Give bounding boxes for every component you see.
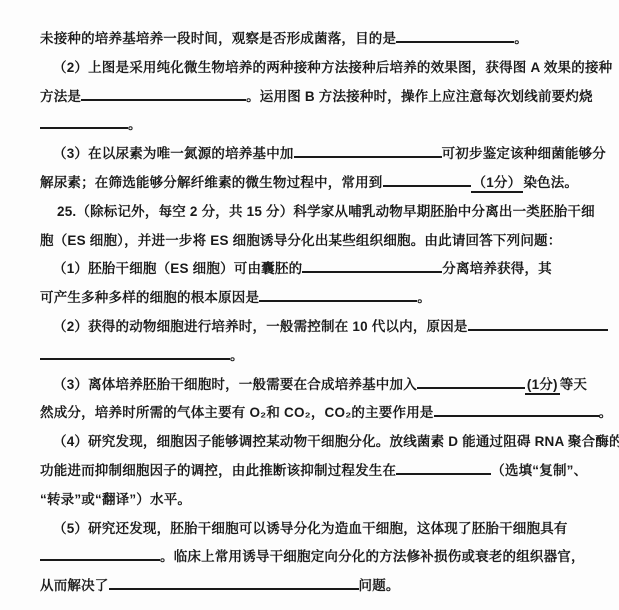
text-run: 。 [417,290,431,305]
answer-blank [396,460,491,475]
text-line-5: （3）在以尿素为唯一氮源的培养基中加可初步鉴定该种细菌能够分 [40,140,589,169]
text-run: （2）上图是采用纯化微生物培养的两种接种方法接种后培养的效果图，获得图 A 效果… [53,60,612,75]
text-line-19: 。临床上常用诱导干细胞定向分化的方法修补损伤或衰老的组织器官， [40,543,589,572]
answer-blank [40,546,160,561]
text-line-14: 然成分，培养时所需的气体主要有 O₂和 CO₂，CO₂的主要作用是。 [40,399,589,428]
text-line-10: 可产生多种多样的细胞的根本原因是。 [40,284,589,313]
text-line-16: 功能进而抑制细胞因子的调控，由此推断该抑制过程发生在（选填“复制”、 [40,457,589,486]
answer-blank [417,374,525,389]
score-note-on-blank: (1分) [525,376,560,395]
text-run: （2）获得的动物细胞进行培养时，一般需控制在 10 代以内，原因是 [53,319,468,334]
exam-page-content: 未接种的培养基培养一段时间，观察是否形成菌落，目的是。（2）上图是采用纯化微生物… [40,25,589,601]
answer-blank [81,86,246,101]
text-run: 。 [514,31,528,46]
text-run: 。 [599,405,613,420]
text-line-12: 。 [40,342,589,371]
text-line-1: 未接种的培养基培养一段时间，观察是否形成菌落，目的是。 [40,25,589,54]
text-run: 分离培养获得，其 [442,261,552,276]
score-note-on-blank: （1分） [471,174,524,193]
text-run: 问题。 [359,578,400,593]
text-line-11: （2）获得的动物细胞进行培养时，一般需控制在 10 代以内，原因是 [40,313,589,342]
answer-blank [294,143,442,158]
text-run: 等天 [560,377,587,392]
text-run: 未接种的培养基培养一段时间，观察是否形成菌落，目的是 [40,31,396,46]
text-line-3: 方法是。运用图 B 方法接种时，操作上应注意每次划线前要灼烧 [40,83,589,112]
exam-page: 未接种的培养基培养一段时间，观察是否形成菌落，目的是。（2）上图是采用纯化微生物… [0,0,619,610]
text-run: （选填“复制”、 [491,463,587,478]
text-line-17: “转录”或“翻译”）水平。 [40,486,589,515]
text-run: 。 [128,117,142,132]
text-run: 胞（ES 细胞），并进一步将 ES 细胞诱导分化出某些组织细胞。由此请回答下列问… [40,233,561,248]
text-run: （3）在以尿素为唯一氮源的培养基中加 [53,146,294,161]
answer-blank [396,28,514,43]
text-run: 染色法。 [523,175,578,190]
text-line-18: （5）研究还发现，胚胎干细胞可以诱导分化为造血干细胞，这体现了胚胎干细胞具有 [40,515,589,544]
answer-blank [383,172,471,187]
text-line-13: （3）离体培养胚胎干细胞时，一般需要在合成培养基中加入(1分)等天 [40,371,589,400]
text-run: 25.（除标记外，每空 2 分，共 15 分）科学家从哺乳动物早期胚胎中分离出一… [57,204,595,219]
text-run: 从而解决了 [40,578,109,593]
text-run: （3）离体培养胚胎干细胞时，一般需要在合成培养基中加入 [53,377,417,392]
text-line-4: 。 [40,111,589,140]
answer-blank [40,345,230,360]
answer-blank [434,402,599,417]
text-line-9: （1）胚胎干细胞（ES 细胞）可由囊胚的分离培养获得，其 [40,255,589,284]
text-line-8: 胞（ES 细胞），并进一步将 ES 细胞诱导分化出某些组织细胞。由此请回答下列问… [40,227,589,256]
text-run: “转录”或“翻译”）水平。 [40,492,191,507]
text-run: 可产生多种多样的细胞的根本原因是 [40,290,259,305]
text-run: 方法是 [40,89,81,104]
answer-blank [302,258,442,273]
text-line-7: 25.（除标记外，每空 2 分，共 15 分）科学家从哺乳动物早期胚胎中分离出一… [40,198,589,227]
text-run: 解尿素；在筛选能够分解纤维素的微生物过程中，常用到 [40,175,383,190]
text-line-6: 解尿素；在筛选能够分解纤维素的微生物过程中，常用到（1分）染色法。 [40,169,589,198]
text-run: 。 [230,348,244,363]
answer-blank [468,316,608,331]
text-run: 。运用图 B 方法接种时，操作上应注意每次划线前要灼烧 [246,89,593,104]
answer-blank [40,114,128,129]
text-run: （4）研究发现，细胞因子能够调控某动物干细胞分化。放线菌素 D 能通过阻碍 RN… [53,434,619,449]
text-run: （1）胚胎干细胞（ES 细胞）可由囊胚的 [53,261,302,276]
text-line-2: （2）上图是采用纯化微生物培养的两种接种方法接种后培养的效果图，获得图 A 效果… [40,54,589,83]
answer-blank [109,575,359,590]
text-line-20: 从而解决了问题。 [40,572,589,601]
text-line-15: （4）研究发现，细胞因子能够调控某动物干细胞分化。放线菌素 D 能通过阻碍 RN… [40,428,589,457]
text-run: 功能进而抑制细胞因子的调控，由此推断该抑制过程发生在 [40,463,396,478]
text-run: （5）研究还发现，胚胎干细胞可以诱导分化为造血干细胞，这体现了胚胎干细胞具有 [53,521,568,536]
text-run: 可初步鉴定该种细菌能够分 [442,146,606,161]
answer-blank [259,287,417,302]
text-run: 。临床上常用诱导干细胞定向分化的方法修补损伤或衰老的组织器官， [160,549,585,564]
text-run: 然成分，培养时所需的气体主要有 O₂和 CO₂，CO₂的主要作用是 [40,405,434,420]
